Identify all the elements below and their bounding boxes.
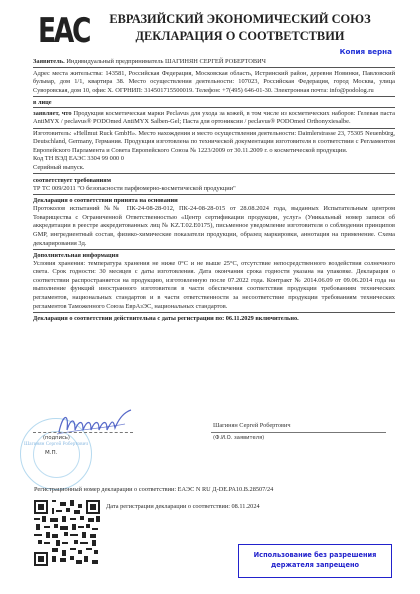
qr-code <box>34 500 100 566</box>
warning-line-1: Использование без разрешения <box>239 550 391 560</box>
eac-logo: EAC <box>38 12 71 50</box>
declares-label: заявляет, что <box>33 110 72 117</box>
signer-name: Шагинян Сергей Робертович <box>213 422 291 429</box>
declaration-body: Заявитель. Индивидуальный предпринимател… <box>33 58 395 323</box>
applicant-value: Индивидуальный предприниматель ШАГИНЯН С… <box>66 58 266 65</box>
address-block: Адрес места жительства: 143581, Российск… <box>33 70 395 97</box>
signature-line <box>33 432 133 433</box>
registration-date: Дата регистрации декларации о соответств… <box>106 503 260 510</box>
basis-label: Декларация о соответствии принята на осн… <box>33 196 395 205</box>
warning-line-2: держателя запрещено <box>239 560 391 570</box>
title-line-2: ДЕКЛАРАЦИЯ О СООТВЕТСТВИИ <box>100 28 380 45</box>
applicant-label: Заявитель. <box>33 58 65 65</box>
basis-value: Протоколов испытаний №№ ПК-24-08-28-012,… <box>33 205 395 249</box>
signature-caption: (подпись) <box>43 435 70 441</box>
manufacturer-block: Изготовитель: «Hellmut Ruck GmbH». Место… <box>33 130 395 156</box>
name-caption: (Ф.И.О. заявителя) <box>213 435 264 441</box>
release-type: Серийный выпуск. <box>33 164 395 174</box>
copy-true-mark: Копия верна <box>340 47 392 56</box>
tn-ved-code: Код ТН ВЭД ЕАЭС 3304 99 000 0 <box>33 155 395 164</box>
regulation: ТР ТС 009/2011 "О безопасности парфюмерн… <box>33 185 395 195</box>
in-person-label: в лице <box>33 98 395 109</box>
registration-number: Регистрационный номер декларации о соотв… <box>34 486 273 493</box>
complies-label: соответствует требованиям <box>33 176 395 185</box>
seal-place-label: М.П. <box>45 450 57 456</box>
additional-value: Условия хранения: температура хранения н… <box>33 260 395 313</box>
declares-block: заявляет, что Продукция косметическая ма… <box>33 110 395 129</box>
signature-area: Шагинян Сергей Робертович (подпись) (Ф.И… <box>33 408 395 463</box>
applicant-row: Заявитель. Индивидуальный предпринимател… <box>33 58 395 68</box>
usage-warning-stamp: Использование без разрешения держателя з… <box>238 544 392 578</box>
declares-value: Продукция косметическая марки Peclavus д… <box>33 110 395 126</box>
name-line <box>211 432 386 433</box>
validity: Декларация о соответствии действительна … <box>33 314 395 323</box>
additional-label: Дополнительная информация <box>33 251 395 260</box>
title-line-1: ЕВРАЗИЙСКИЙ ЭКОНОМИЧЕСКИЙ СОЮЗ <box>100 11 380 28</box>
document-title: ЕВРАЗИЙСКИЙ ЭКОНОМИЧЕСКИЙ СОЮЗ ДЕКЛАРАЦИ… <box>100 11 380 45</box>
